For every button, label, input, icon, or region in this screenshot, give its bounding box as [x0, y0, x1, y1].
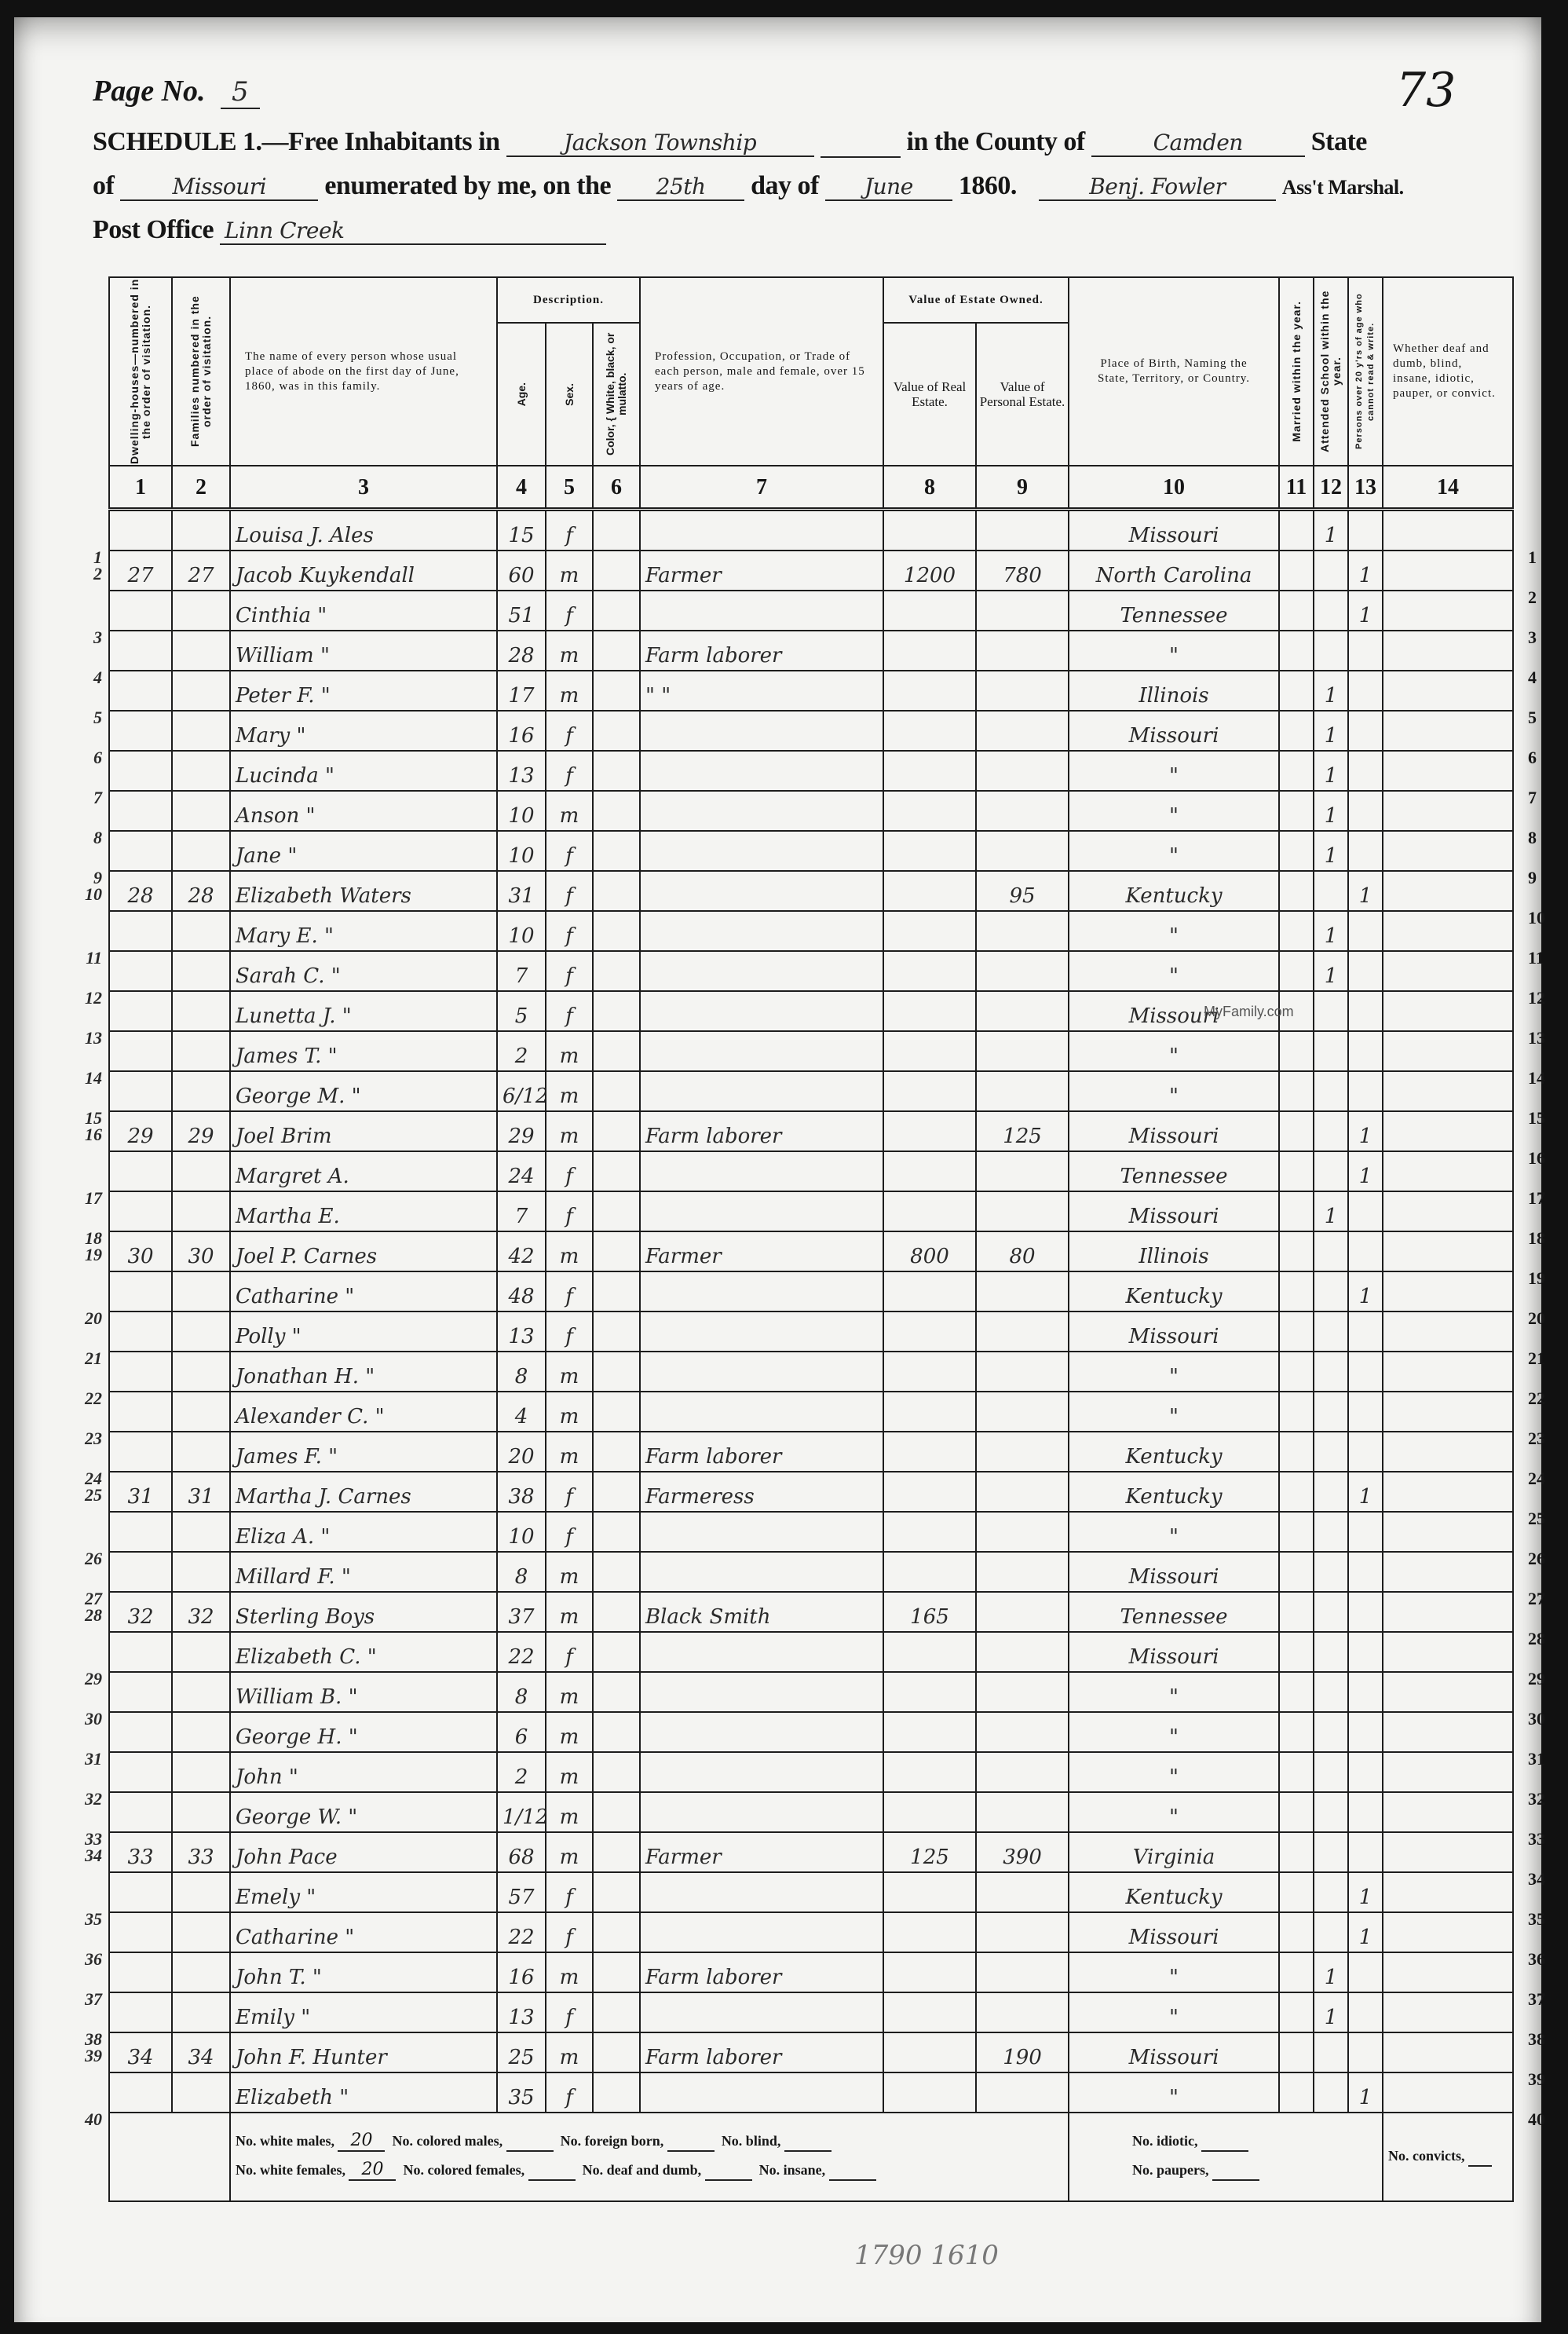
birthplace: "	[1069, 1352, 1279, 1392]
family-number	[172, 1392, 230, 1432]
personal-estate-value	[976, 1031, 1069, 1071]
age: 51	[497, 591, 546, 631]
color	[593, 951, 640, 991]
real-estate-value: 125	[883, 1832, 976, 1872]
condition: 35	[1383, 1872, 1513, 1912]
married-mark	[1279, 1712, 1314, 1752]
condition: 37	[1383, 1952, 1513, 1992]
school-mark: 1	[1314, 1952, 1348, 1992]
school-mark	[1314, 1312, 1348, 1352]
school-mark: 1	[1314, 671, 1348, 711]
age: 31	[497, 871, 546, 911]
married-mark	[1279, 951, 1314, 991]
line-number-right: 13	[1528, 1028, 1559, 1048]
occupation	[640, 2072, 883, 2113]
line-number-right: 22	[1528, 1388, 1559, 1409]
school-mark	[1314, 1872, 1348, 1912]
person-name: John Pace	[230, 1832, 497, 1872]
personal-estate-value	[976, 1512, 1069, 1552]
personal-estate-value	[976, 671, 1069, 711]
age: 20	[497, 1432, 546, 1472]
family-number	[172, 1512, 230, 1552]
condition: 1	[1383, 510, 1513, 551]
married-mark	[1279, 1392, 1314, 1432]
dwelling-number: 36	[109, 1912, 172, 1952]
illiterate-mark	[1348, 1792, 1383, 1832]
dwelling-number: 1	[109, 510, 172, 551]
real-estate-value	[883, 1992, 976, 2032]
line-number-left: 35	[79, 1909, 102, 1930]
column-number: 7	[640, 466, 883, 510]
person-name: Louisa J. Ales	[230, 510, 497, 551]
column-number: 2	[172, 466, 230, 510]
school-mark: 1	[1314, 831, 1348, 871]
school-mark	[1314, 1912, 1348, 1952]
table-row: 393434John F. Hunter25mFarm laborer190Mi…	[109, 2032, 1513, 2072]
school-mark	[1314, 1071, 1348, 1111]
birthplace: "	[1069, 1672, 1279, 1712]
line-number-left: 28	[79, 1605, 102, 1626]
real-estate-value	[883, 1352, 976, 1392]
table-row: 30William B. "8m"30	[109, 1672, 1513, 1712]
color	[593, 1031, 640, 1071]
line-number-left: 37	[79, 1989, 102, 2010]
column-number: 1	[109, 466, 172, 510]
dwelling-number: 15	[109, 1071, 172, 1111]
line-number-right: 37	[1528, 1989, 1559, 2010]
color	[593, 711, 640, 751]
birthplace: "	[1069, 1712, 1279, 1752]
line-number-left: 29	[79, 1669, 102, 1689]
occupation: Farmer	[640, 551, 883, 591]
sex: f	[546, 951, 593, 991]
table-row: 24James F. "20mFarm laborerKentucky24	[109, 1432, 1513, 1472]
school-mark	[1314, 631, 1348, 671]
person-name: Jonathan H. "	[230, 1352, 497, 1392]
occupation: Farm laborer	[640, 1111, 883, 1151]
page-number: Page No. 5	[93, 74, 260, 108]
col-header-family: Families numbered in the order of visita…	[172, 277, 230, 466]
illiterate-mark: 1	[1348, 871, 1383, 911]
line-number-left: 2	[79, 564, 102, 584]
family-number	[172, 1712, 230, 1752]
school-mark	[1314, 1832, 1348, 1872]
person-name: Catharine "	[230, 1912, 497, 1952]
occupation	[640, 1392, 883, 1432]
school-mark	[1314, 1231, 1348, 1271]
person-name: Elizabeth Waters	[230, 871, 497, 911]
line-number-right: 17	[1528, 1188, 1559, 1209]
tally-note: 1790 1610	[854, 2240, 999, 2271]
family-number	[172, 1752, 230, 1792]
school-mark	[1314, 1632, 1348, 1672]
person-name: Jacob Kuykendall	[230, 551, 497, 591]
line-number-right: 36	[1528, 1949, 1559, 1970]
condition: 36	[1383, 1912, 1513, 1952]
occupation	[640, 1191, 883, 1231]
sex: m	[546, 1792, 593, 1832]
dwelling-number: 8	[109, 791, 172, 831]
enumerated-label: enumerated by me, on the	[324, 171, 611, 200]
color	[593, 1312, 640, 1352]
sex: m	[546, 1432, 593, 1472]
school-mark	[1314, 2032, 1348, 2072]
real-estate-value: 1200	[883, 551, 976, 591]
line-number-right: 30	[1528, 1709, 1559, 1729]
school-mark	[1314, 1151, 1348, 1191]
personal-estate-value	[976, 1151, 1069, 1191]
illiterate-mark	[1348, 951, 1383, 991]
dwelling-number: 1629	[109, 1111, 172, 1151]
illiterate-mark: 1	[1348, 1872, 1383, 1912]
post-office-label: Post Office	[93, 215, 214, 244]
dwelling-number: 38	[109, 1992, 172, 2032]
illiterate-mark: 1	[1348, 1912, 1383, 1952]
sex: f	[546, 1312, 593, 1352]
table-row: 26Eliza A. "10f"26	[109, 1512, 1513, 1552]
illiterate-mark: 1	[1348, 1111, 1383, 1151]
person-name: Alexander C. "	[230, 1392, 497, 1432]
color	[593, 2032, 640, 2072]
school-mark	[1314, 1111, 1348, 1151]
person-name: George H. "	[230, 1712, 497, 1752]
personal-estate-value	[976, 1432, 1069, 1472]
post-office-field: Linn Creek	[220, 218, 606, 245]
dwelling-number: 5	[109, 671, 172, 711]
table-row: 9Jane "10f"19	[109, 831, 1513, 871]
occupation	[640, 591, 883, 631]
personal-estate-value	[976, 1952, 1069, 1992]
table-row: 31George H. "6m"31	[109, 1712, 1513, 1752]
person-name: Lunetta J. "	[230, 991, 497, 1031]
person-name: Millard F. "	[230, 1552, 497, 1592]
county-label: in the County of	[907, 127, 1085, 156]
table-row: 162929Joel Brim29mFarm laborer125Missour…	[109, 1111, 1513, 1151]
col-header-birthplace: Place of Birth, Naming the State, Territ…	[1069, 277, 1279, 466]
condition: 15	[1383, 1071, 1513, 1111]
state-field: Missouri	[120, 174, 318, 201]
table-row: 3Cinthia "51fTennessee13	[109, 591, 1513, 631]
line-number-left: 21	[79, 1348, 102, 1369]
line-number-right: 3	[1528, 627, 1559, 648]
person-name: Martha J. Carnes	[230, 1472, 497, 1512]
personal-estate-value	[976, 751, 1069, 791]
col-header-real-estate: Value of Real Estate.	[883, 323, 976, 466]
family-number	[172, 791, 230, 831]
condition: 19	[1383, 1231, 1513, 1271]
real-estate-value	[883, 871, 976, 911]
line-number-left: 39	[79, 2046, 102, 2066]
real-estate-value	[883, 1191, 976, 1231]
line-number-left: 23	[79, 1429, 102, 1449]
condition: 32	[1383, 1752, 1513, 1792]
marshal-label: Ass't Marshal.	[1282, 176, 1404, 199]
birthplace: "	[1069, 1512, 1279, 1552]
color	[593, 1352, 640, 1392]
real-estate-value	[883, 2032, 976, 2072]
of-label: of	[93, 171, 114, 200]
married-mark	[1279, 551, 1314, 591]
line-number-right: 33	[1528, 1829, 1559, 1849]
occupation	[640, 1071, 883, 1111]
age: 48	[497, 1271, 546, 1312]
real-estate-value	[883, 1312, 976, 1352]
personal-estate-value	[976, 631, 1069, 671]
real-estate-value	[883, 1712, 976, 1752]
person-name: Joel P. Carnes	[230, 1231, 497, 1271]
column-number: 4	[497, 466, 546, 510]
condition: 13	[1383, 991, 1513, 1031]
school-mark	[1314, 551, 1348, 591]
table-row: 33George W. "1/12m"33	[109, 1792, 1513, 1832]
color	[593, 1952, 640, 1992]
blank-field	[821, 131, 901, 158]
census-page: Page No. 5 73 SCHEDULE 1.—Free Inhabitan…	[14, 17, 1541, 2322]
married-mark	[1279, 1832, 1314, 1872]
occupation	[640, 1712, 883, 1752]
birthplace: Missouri	[1069, 1312, 1279, 1352]
family-number	[172, 751, 230, 791]
illiterate-mark	[1348, 1672, 1383, 1712]
married-mark	[1279, 1792, 1314, 1832]
real-estate-value	[883, 1512, 976, 1552]
occupation	[640, 831, 883, 871]
illiterate-mark	[1348, 1632, 1383, 1672]
sex: f	[546, 751, 593, 791]
illiterate-mark	[1348, 1231, 1383, 1271]
school-mark	[1314, 1792, 1348, 1832]
real-estate-value	[883, 1432, 976, 1472]
schedule-label: SCHEDULE 1.—Free Inhabitants in	[93, 127, 500, 156]
table-row: 40Elizabeth "35f"140	[109, 2072, 1513, 2113]
married-mark	[1279, 1031, 1314, 1071]
married-mark	[1279, 1352, 1314, 1392]
occupation	[640, 711, 883, 751]
col-header-age: Age.	[497, 323, 546, 466]
white-females-count: 20	[349, 2160, 396, 2181]
line-number-left: 26	[79, 1549, 102, 1569]
occupation	[640, 1552, 883, 1592]
family-number: 27	[172, 551, 230, 591]
married-mark	[1279, 1071, 1314, 1111]
table-row: 29Elizabeth C. "22fMissouri29	[109, 1632, 1513, 1672]
day-of-label: day of	[751, 171, 819, 200]
line-number-right: 8	[1528, 828, 1559, 848]
color	[593, 1191, 640, 1231]
person-name: Polly "	[230, 1312, 497, 1352]
color	[593, 551, 640, 591]
line-number-right: 21	[1528, 1348, 1559, 1369]
occupation: Black Smith	[640, 1592, 883, 1632]
col-header-description: Description.	[497, 277, 640, 323]
table-row: 253131Martha J. Carnes38fFarmeressKentuc…	[109, 1472, 1513, 1512]
table-row: 21Polly "13fMissouri21	[109, 1312, 1513, 1352]
table-row: 20Catharine "48fKentucky120	[109, 1271, 1513, 1312]
page-no-value: 5	[221, 76, 260, 109]
sex: m	[546, 1592, 593, 1632]
sex: m	[546, 2032, 593, 2072]
occupation	[640, 1792, 883, 1832]
occupation	[640, 751, 883, 791]
color	[593, 871, 640, 911]
occupation	[640, 951, 883, 991]
real-estate-value	[883, 1632, 976, 1672]
column-number: 11	[1279, 466, 1314, 510]
watermark: MyFamily.com	[1204, 1004, 1294, 1020]
real-estate-value	[883, 1552, 976, 1592]
real-estate-value	[883, 1752, 976, 1792]
illiterate-mark	[1348, 1712, 1383, 1752]
age: 15	[497, 510, 546, 551]
illiterate-mark	[1348, 1191, 1383, 1231]
line-number-right: 34	[1528, 1869, 1559, 1890]
married-mark	[1279, 751, 1314, 791]
column-number: 3	[230, 466, 497, 510]
occupation: Farmer	[640, 1231, 883, 1271]
school-mark	[1314, 1592, 1348, 1632]
col-header-dwelling: Dwelling-houses—numbered in the order of…	[109, 277, 172, 466]
real-estate-value	[883, 1872, 976, 1912]
occupation	[640, 1352, 883, 1392]
color	[593, 1712, 640, 1752]
dwelling-number: 26	[109, 1512, 172, 1552]
condition: 34	[1383, 1832, 1513, 1872]
illiterate-mark	[1348, 911, 1383, 951]
personal-estate-value	[976, 711, 1069, 751]
sex: f	[546, 1512, 593, 1552]
line-number-right: 16	[1528, 1148, 1559, 1169]
sex: f	[546, 1632, 593, 1672]
married-mark	[1279, 1672, 1314, 1712]
condition: 20	[1383, 1271, 1513, 1312]
family-number	[172, 1872, 230, 1912]
age: 7	[497, 1191, 546, 1231]
occupation	[640, 1312, 883, 1352]
personal-estate-value	[976, 1712, 1069, 1752]
personal-estate-value: 390	[976, 1832, 1069, 1872]
occupation	[640, 1031, 883, 1071]
color	[593, 1792, 640, 1832]
illiterate-mark	[1348, 1952, 1383, 1992]
line-number-right: 1	[1528, 547, 1559, 568]
personal-estate-value	[976, 1912, 1069, 1952]
school-mark	[1314, 591, 1348, 631]
line-number-right: 32	[1528, 1789, 1559, 1809]
married-mark	[1279, 1872, 1314, 1912]
sex: m	[546, 1071, 593, 1111]
family-number	[172, 671, 230, 711]
birthplace: Kentucky	[1069, 1472, 1279, 1512]
age: 57	[497, 1872, 546, 1912]
family-number: 30	[172, 1231, 230, 1271]
married-mark	[1279, 1632, 1314, 1672]
condition: 14	[1383, 1031, 1513, 1071]
birthplace: North Carolina	[1069, 551, 1279, 591]
personal-estate-value	[976, 1672, 1069, 1712]
table-row: 102828Elizabeth Waters31f95Kentucky110	[109, 871, 1513, 911]
age: 13	[497, 1312, 546, 1352]
birthplace: Missouri	[1069, 711, 1279, 751]
occupation: Farm laborer	[640, 2032, 883, 2072]
family-number	[172, 2072, 230, 2113]
line-number-right: 27	[1528, 1589, 1559, 1609]
illiterate-mark	[1348, 1352, 1383, 1392]
family-number	[172, 1552, 230, 1592]
illiterate-mark	[1348, 631, 1383, 671]
line-number-left: 20	[79, 1308, 102, 1329]
table-row: 283232Sterling Boys37mBlack Smith165Tenn…	[109, 1592, 1513, 1632]
married-mark	[1279, 1231, 1314, 1271]
col-header-name: The name of every person whose usual pla…	[230, 277, 497, 466]
family-number: 32	[172, 1592, 230, 1632]
dwelling-number: 13	[109, 991, 172, 1031]
dwelling-number: 30	[109, 1672, 172, 1712]
condition: 40	[1383, 2072, 1513, 2113]
family-number	[172, 951, 230, 991]
column-number: 14	[1383, 466, 1513, 510]
line-number-left: 5	[79, 708, 102, 728]
line-number-right: 11	[1528, 948, 1559, 968]
col-header-condition: Whether deaf and dumb, blind, insane, id…	[1383, 277, 1513, 466]
sex: m	[546, 1832, 593, 1872]
dwelling-number: 21	[109, 1312, 172, 1352]
column-number: 9	[976, 466, 1069, 510]
illiterate-mark	[1348, 671, 1383, 711]
school-mark: 1	[1314, 951, 1348, 991]
table-row: 22727Jacob Kuykendall60mFarmer1200780Nor…	[109, 551, 1513, 591]
table-row: 22Jonathan H. "8m"22	[109, 1352, 1513, 1392]
birthplace: Kentucky	[1069, 1872, 1279, 1912]
real-estate-value	[883, 1392, 976, 1432]
sex: f	[546, 2072, 593, 2113]
person-name: Cinthia "	[230, 591, 497, 631]
age: 6	[497, 1712, 546, 1752]
occupation: " "	[640, 671, 883, 711]
sex: m	[546, 1672, 593, 1712]
age: 10	[497, 831, 546, 871]
married-mark	[1279, 2032, 1314, 2072]
color	[593, 1992, 640, 2032]
person-name: James T. "	[230, 1031, 497, 1071]
color	[593, 1271, 640, 1312]
line-number-right: 7	[1528, 788, 1559, 808]
person-name: Lucinda "	[230, 751, 497, 791]
personal-estate-value	[976, 1992, 1069, 2032]
column-number: 10	[1069, 466, 1279, 510]
married-mark	[1279, 1512, 1314, 1552]
occupation	[640, 1271, 883, 1312]
dwelling-number: 4	[109, 631, 172, 671]
line-number-left: 36	[79, 1949, 102, 1970]
occupation	[640, 510, 883, 551]
personal-estate-value	[976, 510, 1069, 551]
color	[593, 671, 640, 711]
personal-estate-value: 125	[976, 1111, 1069, 1151]
birthplace: Missouri	[1069, 2032, 1279, 2072]
school-mark: 1	[1314, 510, 1348, 551]
school-mark	[1314, 991, 1348, 1031]
school-mark: 1	[1314, 711, 1348, 751]
birthplace: "	[1069, 911, 1279, 951]
person-name: Mary E. "	[230, 911, 497, 951]
line-number-right: 9	[1528, 868, 1559, 888]
person-name: John "	[230, 1752, 497, 1792]
person-name: Mary "	[230, 711, 497, 751]
column-number: 6	[593, 466, 640, 510]
personal-estate-value	[976, 1191, 1069, 1231]
age: 4	[497, 1392, 546, 1432]
age: 29	[497, 1111, 546, 1151]
